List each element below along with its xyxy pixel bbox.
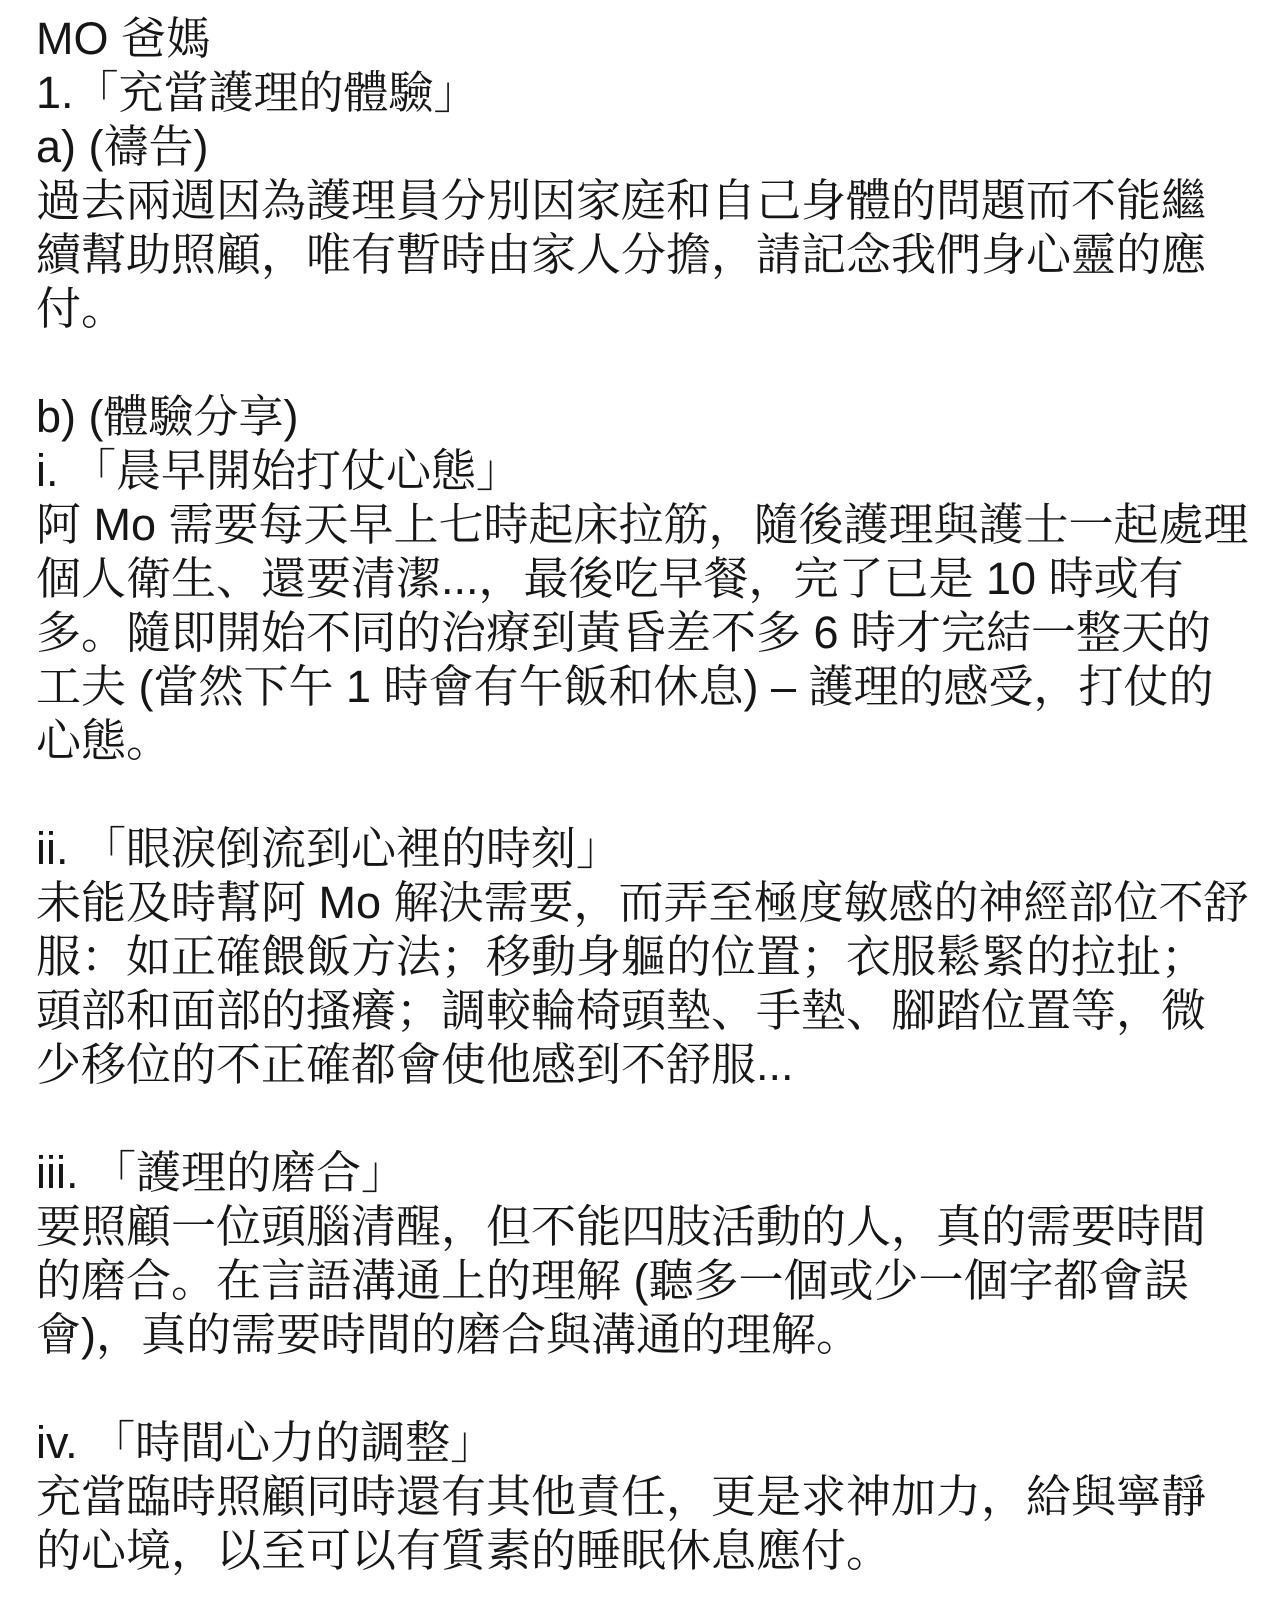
section-a-label: a) (禱告) <box>36 120 1250 174</box>
item-ii-heading: ii. 「眼淚倒流到心裡的時刻」 <box>36 822 1250 876</box>
item-ii-body: 未能及時幫阿 Mo 解決需要，而弄至極度敏感的神經部位不舒服：如正確餵飯方法；移… <box>36 876 1250 1092</box>
item-iii-heading: iii. 「護理的磨合」 <box>36 1146 1250 1200</box>
section-b-label: b) (體驗分享) <box>36 390 1250 444</box>
main-heading: 1.「充當護理的體驗」 <box>36 66 1250 120</box>
item-iv-heading: iv. 「時間心力的調整」 <box>36 1416 1250 1470</box>
item-iii-body: 要照顧一位頭腦清醒，但不能四肢活動的人，真的需要時間的磨合。在言語溝通上的理解 … <box>36 1200 1250 1362</box>
document-page: MO 爸媽 1.「充當護理的體驗」 a) (禱告) 過去兩週因為護理員分別因家庭… <box>0 0 1284 1598</box>
item-i-heading: i. 「晨早開始打仗心態」 <box>36 444 1250 498</box>
section-a-body: 過去兩週因為護理員分別因家庭和自己身體的問題而不能繼續幫助照顧，唯有暫時由家人分… <box>36 174 1250 336</box>
item-iv-body: 充當臨時照顧同時還有其他責任，更是求神加力，給與寧靜的心境，以至可以有質素的睡眠… <box>36 1470 1250 1578</box>
doc-title: MO 爸媽 <box>36 12 1250 66</box>
item-i-body: 阿 Mo 需要每天早上七時起床拉筋，隨後護理與護士一起處理個人衛生、還要清潔..… <box>36 498 1250 768</box>
